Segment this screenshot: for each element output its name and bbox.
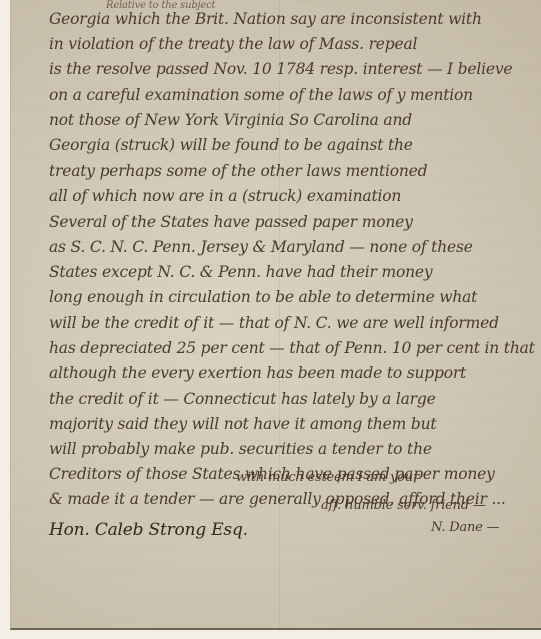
letter-line-15: although the every exertion has been mad…	[49, 364, 466, 382]
letter-paper: Relative to the subject Georgia which th…	[10, 0, 541, 630]
letter-line-13: will be the credit of it — that of N. C.…	[49, 314, 499, 332]
letter-line-4: on a careful examination some of the law…	[49, 86, 473, 104]
letter-line-10: as S. C. N. C. Penn. Jersey & Maryland —…	[49, 238, 473, 256]
letter-line-18: will probably make pub. securities a ten…	[49, 440, 432, 458]
letter-line-12: long enough in circulation to be able to…	[49, 288, 477, 306]
addressee: Hon. Caleb Strong Esq.	[49, 520, 248, 540]
letter-line-2: in violation of the treaty the law of Ma…	[49, 35, 417, 53]
letter-line-1: Georgia which the Brit. Nation say are i…	[49, 10, 482, 28]
letter-line-14: has depreciated 25 per cent — that of Pe…	[49, 339, 535, 357]
letter-line-7: treaty perhaps some of the other laws me…	[49, 162, 427, 180]
letter-line-17: majority said they will not have it amon…	[49, 415, 436, 433]
closing-line-2: aff. humble serv. friend —	[321, 498, 486, 513]
letter-line-16: the credit of it — Connecticut has latel…	[49, 390, 436, 408]
letter-line-6: Georgia (struck) will be found to be aga…	[49, 136, 413, 154]
letter-line-8: all of which now are in a (struck) exami…	[49, 187, 401, 205]
closing-line-1: with much esteem I am your	[236, 470, 419, 485]
letter-line-11: States except N. C. & Penn. have had the…	[49, 263, 432, 281]
signature: N. Dane —	[431, 520, 499, 535]
letter-line-9: Several of the States have passed paper …	[49, 213, 413, 231]
letter-line-3: is the resolve passed Nov. 10 1784 resp.…	[49, 60, 512, 78]
letter-line-5: not those of New York Virginia So Caroli…	[49, 111, 412, 129]
